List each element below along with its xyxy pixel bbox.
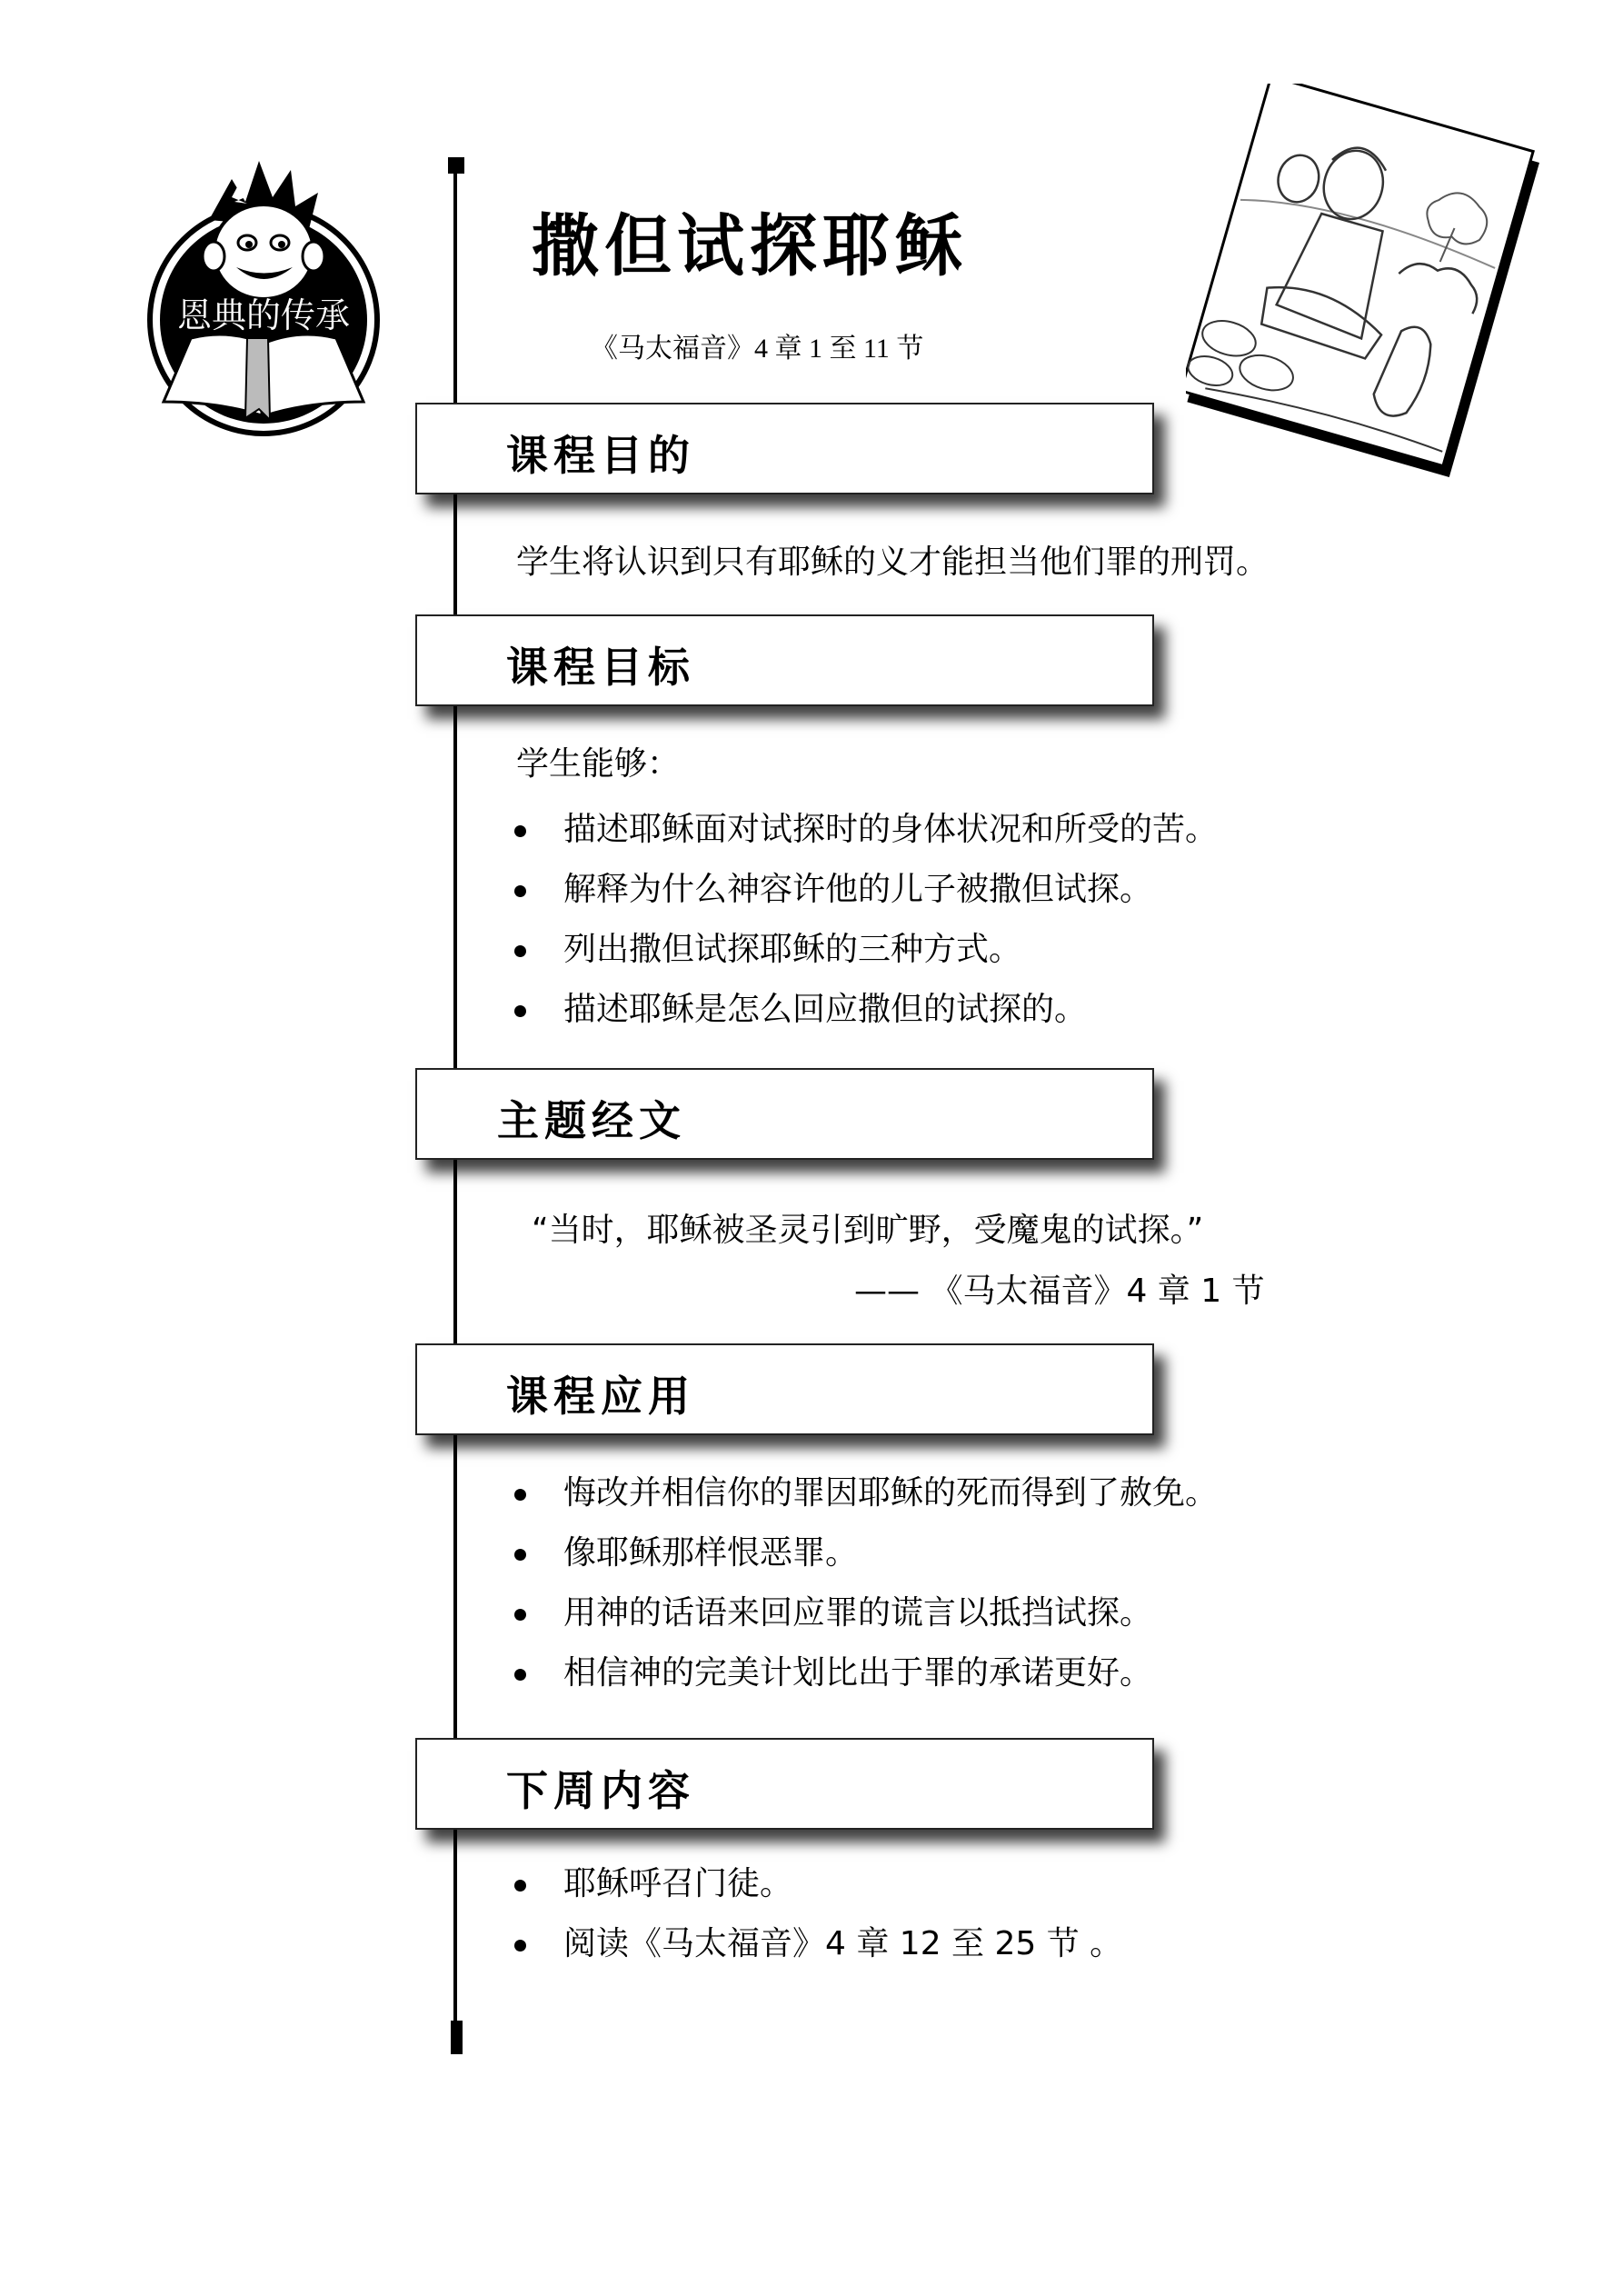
page-subtitle: 《马太福音》4 章 1 至 11 节 bbox=[591, 325, 923, 365]
section-title-purpose: 课程目的 bbox=[506, 423, 695, 483]
section-header-key-verse: 主题经文 bbox=[415, 1068, 1154, 1160]
list-item: 解释为什么神容许他的儿子被撒但试探。 bbox=[509, 860, 1218, 920]
bullet-icon bbox=[514, 825, 526, 837]
list-item-text: 用神的话语来回应罪的谎言以抵挡试探。 bbox=[563, 1594, 1152, 1632]
list-item-text: 解释为什么神容许他的儿子被撒但试探。 bbox=[563, 871, 1152, 908]
bullet-icon bbox=[514, 1005, 526, 1017]
illustration bbox=[1186, 84, 1549, 484]
timeline-cap-top bbox=[448, 157, 464, 174]
bullet-icon bbox=[514, 945, 526, 957]
list-item-text: 描述耶稣面对试探时的身体状况和所受的苦。 bbox=[563, 811, 1218, 848]
section-header-objectives: 课程目标 bbox=[415, 614, 1154, 706]
list-item: 悔改并相信你的罪因耶稣的死而得到了赦免。 bbox=[509, 1463, 1218, 1523]
section-title-application: 课程应用 bbox=[506, 1363, 695, 1423]
bullet-icon bbox=[514, 1549, 526, 1561]
application-list: 悔改并相信你的罪因耶稣的死而得到了赦免。 像耶稣那样恨恶罪。 用神的话语来回应罪… bbox=[509, 1463, 1218, 1703]
list-item: 用神的话语来回应罪的谎言以抵挡试探。 bbox=[509, 1583, 1218, 1643]
list-item: 列出撒但试探耶稣的三种方式。 bbox=[509, 920, 1218, 980]
section-header-next-week: 下周内容 bbox=[415, 1738, 1154, 1830]
list-item: 阅读《马太福音》4 章 12 至 25 节 。 bbox=[509, 1914, 1122, 1974]
key-verse-text: “当时，耶稣被圣灵引到旷野，受魔鬼的试探。” bbox=[532, 1204, 1203, 1251]
bullet-icon bbox=[514, 1940, 526, 1952]
list-item: 描述耶稣是怎么回应撒但的试探的。 bbox=[509, 980, 1218, 1040]
page-title: 撒但试探耶稣 bbox=[532, 193, 968, 289]
section-title-objectives: 课程目标 bbox=[506, 634, 695, 694]
list-item-text: 相信神的完美计划比出于罪的承诺更好。 bbox=[563, 1654, 1152, 1692]
purpose-text: 学生将认识到只有耶稣的义才能担当他们罪的刑罚。 bbox=[516, 536, 1269, 583]
list-item-text: 阅读《马太福音》4 章 12 至 25 节 。 bbox=[563, 1925, 1122, 1962]
list-item: 耶稣呼召门徒。 bbox=[509, 1854, 1122, 1914]
list-item: 相信神的完美计划比出于罪的承诺更好。 bbox=[509, 1643, 1218, 1703]
logo: 恩典的传承 bbox=[145, 156, 382, 447]
next-week-list: 耶稣呼召门徒。 阅读《马太福音》4 章 12 至 25 节 。 bbox=[509, 1854, 1122, 1974]
objectives-intro: 学生能够： bbox=[516, 738, 680, 784]
jesus-tempted-in-wilderness-illustration-icon bbox=[1186, 84, 1549, 484]
list-item-text: 列出撒但试探耶稣的三种方式。 bbox=[563, 931, 1021, 968]
list-item: 描述耶稣面对试探时的身体状况和所受的苦。 bbox=[509, 800, 1218, 860]
section-title-key-verse: 主题经文 bbox=[497, 1088, 686, 1148]
logo-text: 恩典的传承 bbox=[177, 295, 350, 335]
bullet-icon bbox=[514, 1609, 526, 1621]
section-header-purpose: 课程目的 bbox=[415, 403, 1154, 494]
section-title-next-week: 下周内容 bbox=[506, 1758, 695, 1818]
key-verse-reference: —— 《马太福音》4 章 1 节 bbox=[854, 1265, 1265, 1312]
bullet-icon bbox=[514, 1489, 526, 1501]
timeline-cap-bottom bbox=[451, 2021, 463, 2054]
objectives-list: 描述耶稣面对试探时的身体状况和所受的苦。 解释为什么神容许他的儿子被撒但试探。 … bbox=[509, 800, 1218, 1040]
bullet-icon bbox=[514, 1669, 526, 1681]
boy-reading-book-logo-icon: 恩典的传承 bbox=[145, 156, 382, 447]
list-item-text: 描述耶稣是怎么回应撒但的试探的。 bbox=[563, 991, 1087, 1028]
bullet-icon bbox=[514, 885, 526, 897]
list-item: 像耶稣那样恨恶罪。 bbox=[509, 1523, 1218, 1583]
bullet-icon bbox=[514, 1880, 526, 1892]
list-item-text: 悔改并相信你的罪因耶稣的死而得到了赦免。 bbox=[563, 1474, 1218, 1512]
list-item-text: 像耶稣那样恨恶罪。 bbox=[563, 1534, 858, 1572]
section-header-application: 课程应用 bbox=[415, 1343, 1154, 1435]
list-item-text: 耶稣呼召门徒。 bbox=[563, 1865, 792, 1902]
